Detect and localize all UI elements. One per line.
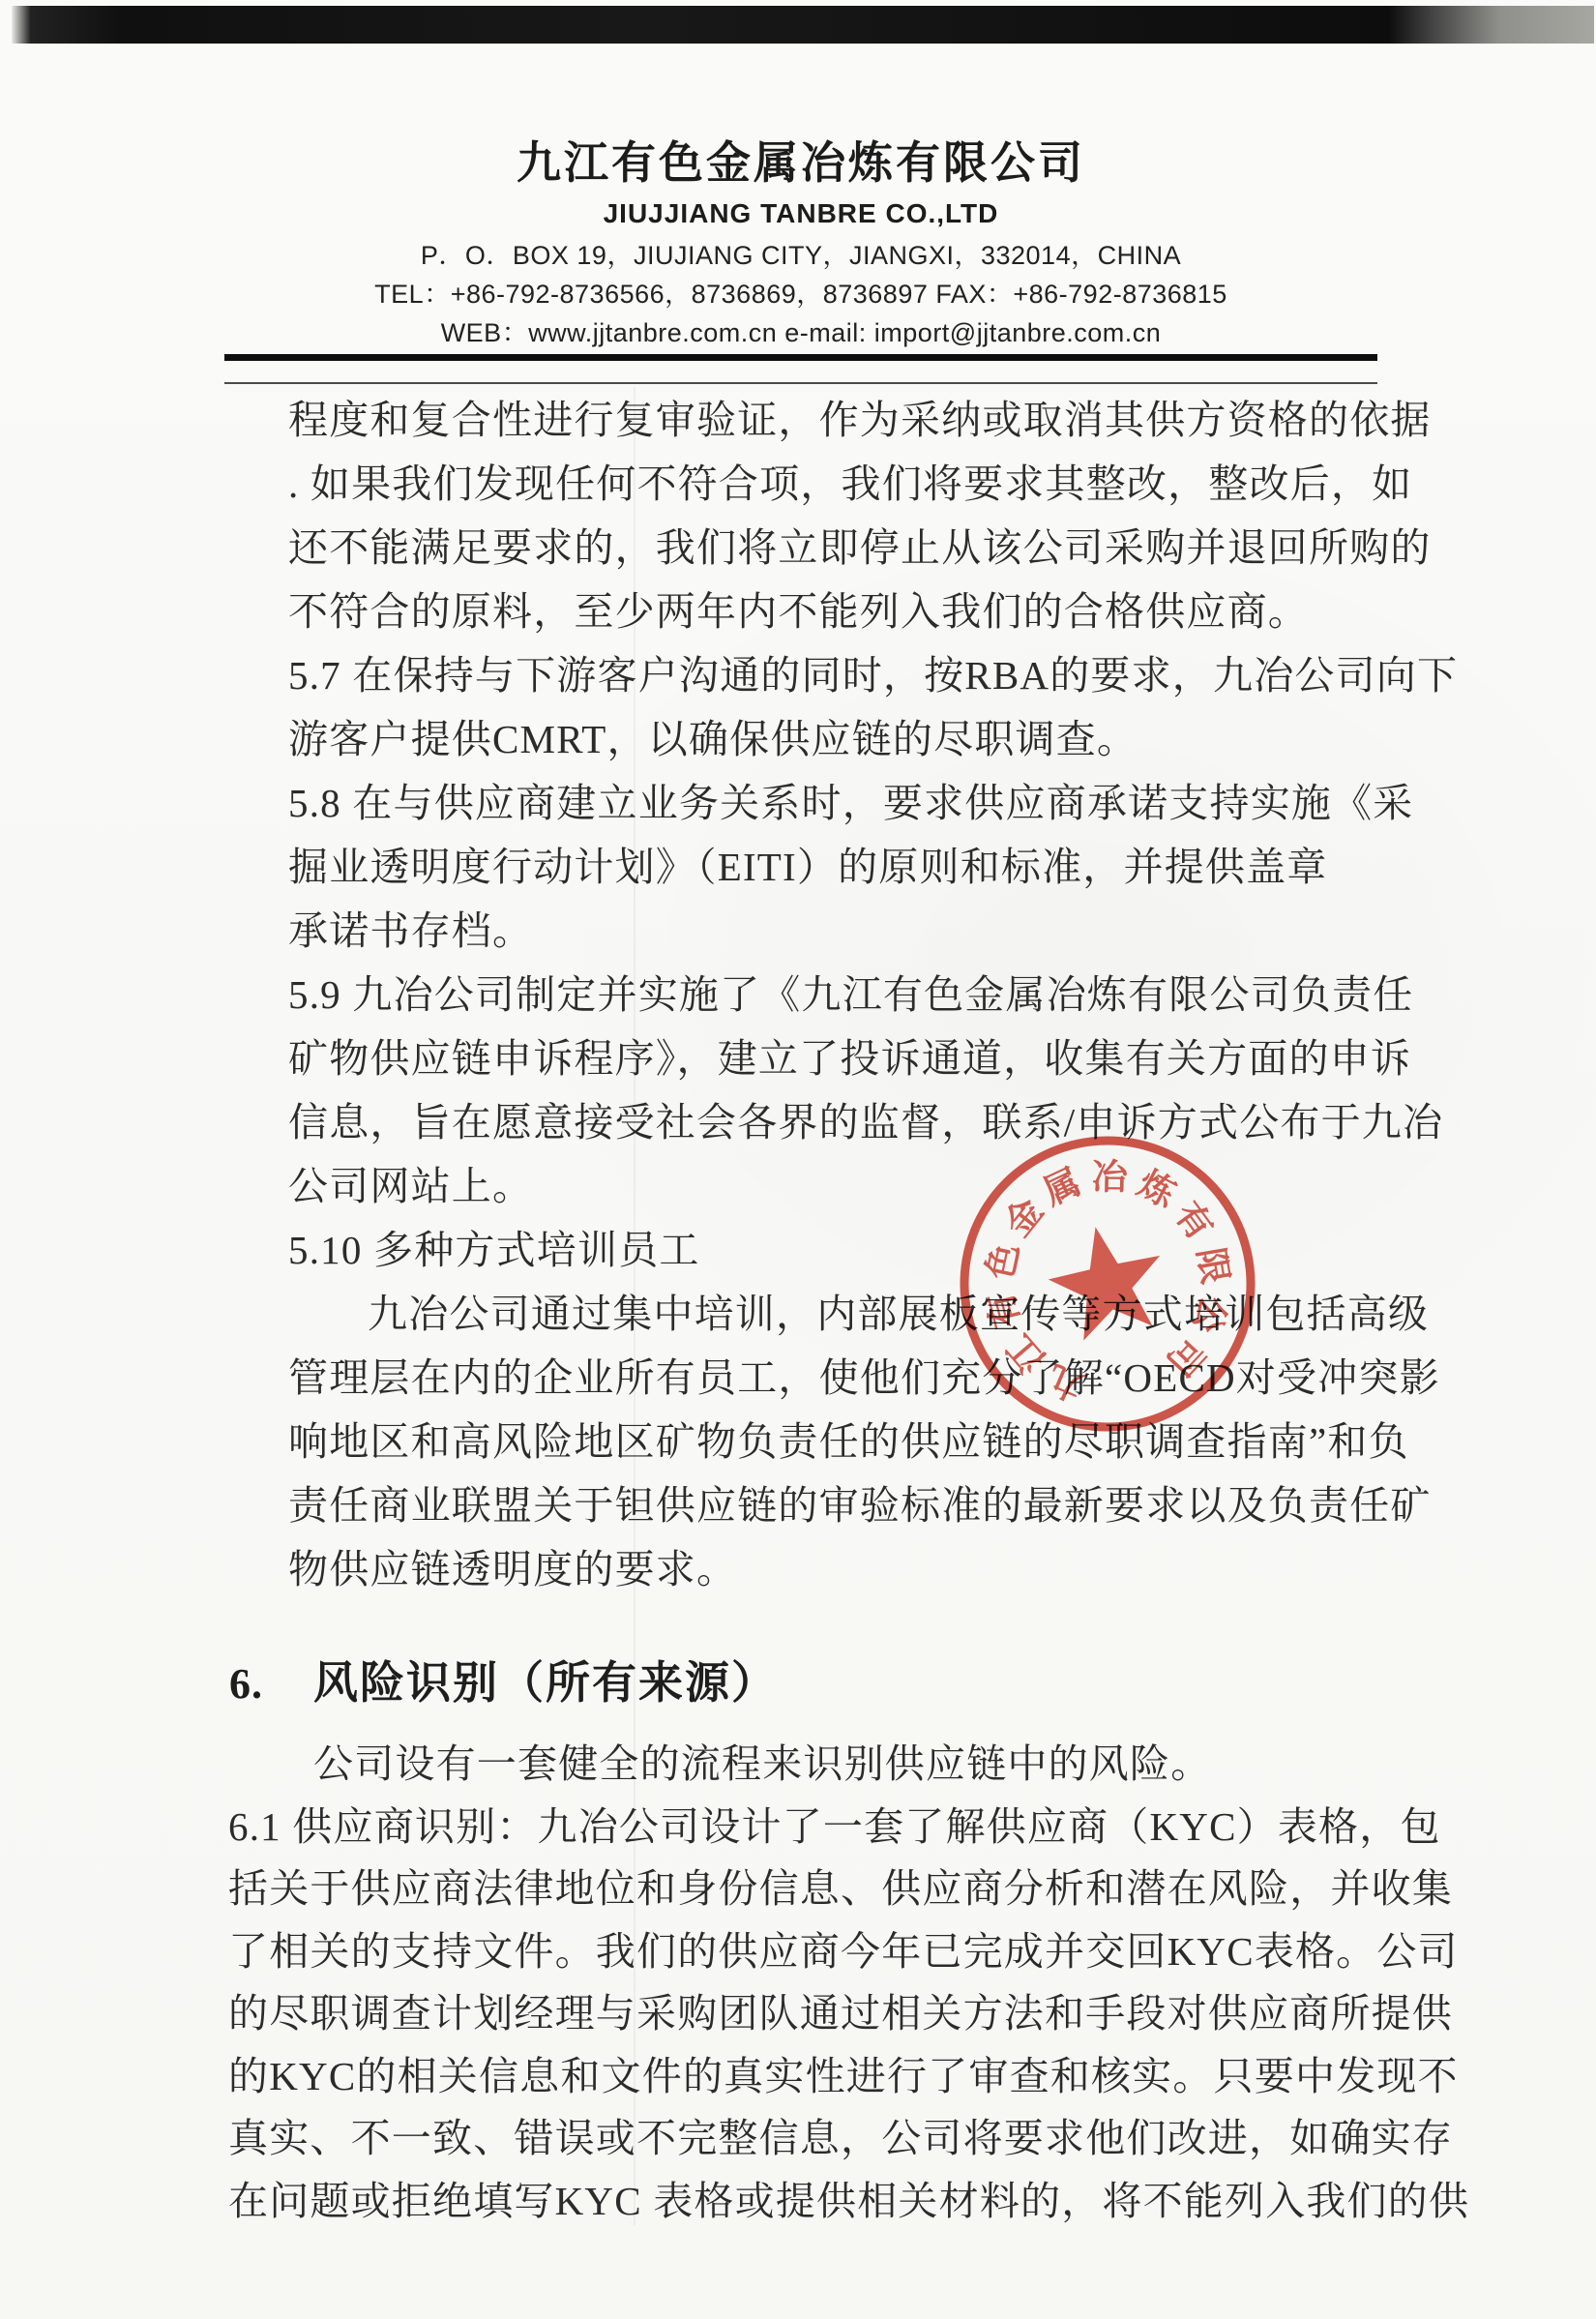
section-title: 风险识别（所有来源） <box>313 1648 778 1711</box>
svg-text:金: 金 <box>997 1191 1050 1243</box>
body-line: 物供应链透明度的要求。 <box>288 1544 1415 1608</box>
body-line: 5.8 在与供应商建立业务关系时，要求供应商承诺支持实施《采 <box>288 778 1415 842</box>
svg-text:属: 属 <box>1038 1162 1087 1213</box>
body-section-5: 程度和复合性进行复审验证，作为采纳或取消其供方资格的依据 . 如果我们发现任何不… <box>288 395 1415 1608</box>
address-line: P．O．BOX 19，JIUJIANG CITY，JIANGXI，332014，… <box>224 236 1377 275</box>
header-rule-thin <box>224 382 1377 384</box>
svg-text:色: 色 <box>980 1239 1026 1283</box>
tel-fax-line: TEL：+86-792-8736566，8736869，8736897 FAX：… <box>224 275 1377 313</box>
seal-star-icon <box>1040 1215 1174 1345</box>
svg-text:冶: 冶 <box>1091 1157 1130 1198</box>
body-line: . 如果我们发现任何不符合项，我们将要求其整改，整改后，如 <box>288 459 1415 522</box>
section-heading: 6. 风险识别（所有来源） <box>229 1648 778 1711</box>
body-line: 掘业透明度行动计划》（EITI）的原则和标准，并提供盖章 <box>288 842 1415 906</box>
body-line: 不符合的原料，至少两年内不能列入我们的合格供应商。 <box>288 586 1415 650</box>
svg-text:有: 有 <box>980 1288 1027 1332</box>
body-line: 程度和复合性进行复审验证，作为采纳或取消其供方资格的依据 <box>288 395 1415 459</box>
svg-text:限: 限 <box>1191 1245 1236 1287</box>
scan-artifact-top <box>12 6 1594 44</box>
body-line: 承诺书存档。 <box>288 906 1415 969</box>
header-rule-thick <box>224 354 1377 361</box>
body-line: 括关于供应商法律地位和身份信息、供应商分析和潜在风险，并收集 <box>228 1863 1418 1926</box>
letterhead: 九江有色金属冶炼有限公司 JIUJJIANG TANBRE CO.,LTD P．… <box>224 135 1377 352</box>
body-line: 矿物供应链申诉程序》，建立了投诉通道，收集有关方面的申诉 <box>288 1033 1415 1097</box>
company-seal: 九江有色金属冶炼有限公司 <box>927 1103 1289 1466</box>
web-email-line: WEB：www.jjtanbre.com.cn e-mail: import@j… <box>224 313 1377 352</box>
company-name-en: JIUJJIANG TANBRE CO.,LTD <box>224 197 1377 230</box>
body-line: 5.7 在保持与下游客户沟通的同时，按RBA的要求，九冶公司向下 <box>288 650 1415 714</box>
body-line: 公司设有一套健全的流程来识别供应链中的风险。 <box>228 1739 1418 1801</box>
scan-artifact-bottom <box>85 2292 1596 2318</box>
body-line: 还不能满足要求的，我们将立即停止从该公司采购并退回所购的 <box>288 522 1415 586</box>
svg-text:江: 江 <box>1000 1327 1053 1381</box>
body-section-6: 公司设有一套健全的流程来识别供应链中的风险。 6.1 供应商识别：九冶公司设计了… <box>228 1739 1418 2238</box>
body-line: 的尽职调查计划经理与采购团队通过相关方法和手段对供应商所提供 <box>228 1988 1418 2051</box>
svg-text:公: 公 <box>1186 1292 1234 1337</box>
svg-text:司: 司 <box>1159 1330 1212 1383</box>
body-line: 5.9 九冶公司制定并实施了《九江有色金属冶炼有限公司负责任 <box>288 969 1415 1033</box>
body-line: 信息，旨在愿意接受社会各界的监督，联系/申诉方式公布于九冶 <box>288 1097 1415 1161</box>
body-line: 在问题或拒绝填写KYC 表格或提供相关材料的，将不能列入我们的供 <box>228 2176 1418 2239</box>
section-number: 6. <box>229 1659 263 1709</box>
company-name: 九江有色金属冶炼有限公司 <box>224 135 1377 190</box>
svg-text:炼: 炼 <box>1131 1163 1183 1215</box>
document-page: 九江有色金属冶炼有限公司 JIUJJIANG TANBRE CO.,LTD P．… <box>0 0 1596 2319</box>
body-line: 真实、不一致、错误或不完整信息，公司将要求他们改进，如确实存 <box>228 2113 1418 2176</box>
body-line: 游客户提供CMRT，以确保供应链的尽职调查。 <box>288 714 1415 778</box>
svg-text:九: 九 <box>1042 1357 1090 1408</box>
body-line: 的KYC的相关信息和文件的真实性进行了审查和核实。只要中发现不 <box>228 2051 1418 2114</box>
body-line: 6.1 供应商识别：九冶公司设计了一套了解供应商（KYC）表格，包 <box>228 1801 1418 1864</box>
svg-text:有: 有 <box>1167 1195 1221 1247</box>
body-line: 责任商业联盟关于钽供应链的审验标准的最新要求以及负责任矿 <box>288 1480 1415 1544</box>
body-line: 响地区和高风险地区矿物负责任的供应链的尽职调查指南”和负 <box>288 1416 1415 1480</box>
body-line: 了相关的支持文件。我们的供应商今年已完成并交回KYC表格。公司 <box>228 1926 1418 1989</box>
